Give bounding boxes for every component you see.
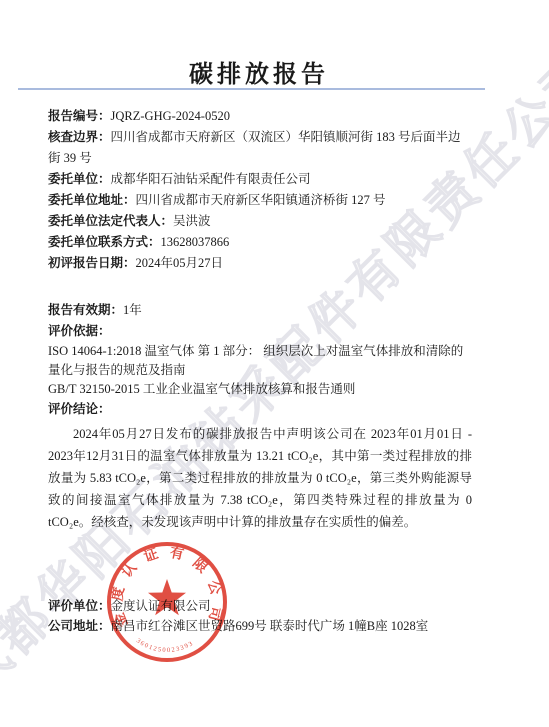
initial-report-date-label: 初评报告日期： bbox=[48, 256, 136, 270]
client-name-value: 成都华阳石油钻采配件有限责任公司 bbox=[111, 172, 311, 186]
client-address-value: 四川省成都市天府新区华阳镇通济桥街 127 号 bbox=[136, 193, 386, 207]
seal-number-text: 3601250023393 bbox=[135, 637, 194, 654]
evaluation-conclusion-label: 评价结论： bbox=[48, 399, 472, 420]
report-number-row: 报告编号：JQRZ-GHG-2024-0520 bbox=[48, 106, 472, 127]
client-legal-rep-label: 委托单位法定代表人： bbox=[48, 214, 173, 228]
evaluation-basis-item-iso: ISO 14064-1:2018 温室气体 第 1 部分： 组织层次上对温室气体… bbox=[48, 342, 472, 380]
client-contact-row: 委托单位联系方式：13628037866 bbox=[48, 232, 472, 253]
client-legal-rep-value: 吴洪波 bbox=[173, 214, 211, 228]
title-divider bbox=[18, 88, 485, 90]
evaluation-conclusion-paragraph: 2024年05月27日发布的碳排放报告中声明该公司在 2023年01月01日 -… bbox=[48, 423, 472, 533]
client-address-row: 委托单位地址：四川省成都市天府新区华阳镇通济桥街 127 号 bbox=[48, 190, 472, 211]
carbon-emission-report-page: 成都华阳石油钻采配件有限责任公司 碳排放报告 报告编号：JQRZ-GHG-202… bbox=[0, 0, 549, 727]
client-legal-rep-row: 委托单位法定代表人：吴洪波 bbox=[48, 211, 472, 232]
client-name-row: 委托单位：成都华阳石油钻采配件有限责任公司 bbox=[48, 169, 472, 190]
initial-report-date-row: 初评报告日期：2024年05月27日 bbox=[48, 253, 472, 274]
initial-report-date-value: 2024年05月27日 bbox=[136, 256, 224, 270]
evaluation-basis-label: 评价依据： bbox=[48, 321, 472, 342]
report-validity-value: 1年 bbox=[123, 303, 142, 317]
client-address-label: 委托单位地址： bbox=[48, 193, 136, 207]
client-contact-label: 委托单位联系方式： bbox=[48, 235, 161, 249]
report-number-value: JQRZ-GHG-2024-0520 bbox=[111, 109, 230, 123]
report-validity-row: 报告有效期：1年 bbox=[48, 300, 472, 321]
client-name-label: 委托单位： bbox=[48, 172, 111, 186]
verification-boundary-value: 四川省成都市天府新区（双流区）华阳镇顺河街 183 号后面半边街 39 号 bbox=[48, 130, 461, 165]
seal-star-icon bbox=[148, 579, 186, 615]
certification-seal: 金度认证有限公司 3601250023393 bbox=[105, 540, 229, 664]
client-contact-value: 13628037866 bbox=[161, 235, 230, 249]
verification-boundary-row: 核查边界：四川省成都市天府新区（双流区）华阳镇顺河街 183 号后面半边街 39… bbox=[48, 127, 472, 169]
evaluator-name-label: 评价单位： bbox=[48, 599, 111, 613]
evaluation-basis-item-gbt: GB/T 32150-2015 工业企业温室气体排放核算和报告通则 bbox=[48, 380, 472, 399]
report-number-label: 报告编号： bbox=[48, 109, 111, 123]
report-validity-label: 报告有效期： bbox=[48, 303, 123, 317]
verification-boundary-label: 核查边界： bbox=[48, 130, 111, 144]
evaluator-address-label: 公司地址： bbox=[48, 619, 111, 633]
page-title: 碳排放报告 bbox=[0, 54, 518, 89]
